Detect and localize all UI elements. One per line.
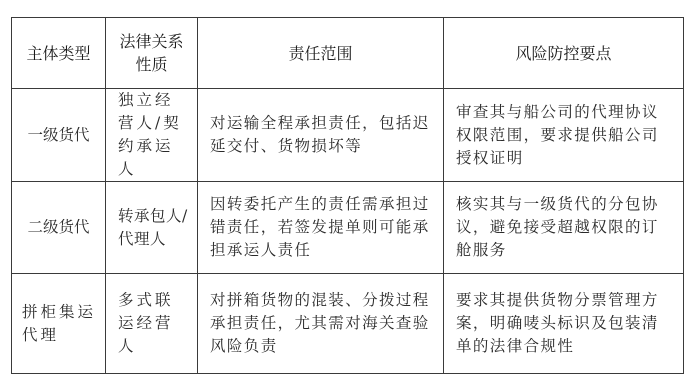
- header-legal-nature: 法律关系 性质: [106, 18, 198, 89]
- cell-liability-scope: 因转委托产生的责任需承担过错责任，若签发提单则可能承担承运人责任: [198, 182, 444, 274]
- header-legal-nature-line1: 法律关系: [106, 30, 197, 53]
- cell-risk-control: 审查其与船公司的代理协议权限范围，要求提供船公司授权证明: [444, 89, 684, 182]
- cell-liability-scope: 对拼箱货物的混装、分拨过程承担责任，尤其需对海关查验风险负责: [198, 274, 444, 374]
- freight-forwarder-liability-table: 主体类型 法律关系 性质 责任范围 风险防控要点 一级货代 独立经营人/契约承运…: [11, 17, 684, 374]
- cell-risk-control: 要求其提供货物分票管理方案，明确唛头标识及包装清单的法律合规性: [444, 274, 684, 374]
- header-risk-control: 风险防控要点: [444, 18, 684, 89]
- table-row: 一级货代 独立经营人/契约承运人 对运输全程承担责任，包括迟延交付、货物损坏等 …: [12, 89, 684, 182]
- header-entity-type: 主体类型: [12, 18, 106, 89]
- cell-entity-type: 一级货代: [12, 89, 106, 182]
- cell-entity-type: 拼柜集运代理: [12, 274, 106, 374]
- header-liability-scope: 责任范围: [198, 18, 444, 89]
- cell-legal-nature: 转承包人/代理人: [106, 182, 198, 274]
- table-row: 二级货代 转承包人/代理人 因转委托产生的责任需承担过错责任，若签发提单则可能承…: [12, 182, 684, 274]
- cell-liability-scope: 对运输全程承担责任，包括迟延交付、货物损坏等: [198, 89, 444, 182]
- table-row: 拼柜集运代理 多式联运经营人 对拼箱货物的混装、分拨过程承担责任，尤其需对海关查…: [12, 274, 684, 374]
- cell-legal-nature: 独立经营人/契约承运人: [106, 89, 198, 182]
- cell-risk-control: 核实其与一级货代的分包协议，避免接受超越权限的订舱服务: [444, 182, 684, 274]
- cell-entity-type: 二级货代: [12, 182, 106, 274]
- cell-legal-nature: 多式联运经营人: [106, 274, 198, 374]
- header-row: 主体类型 法律关系 性质 责任范围 风险防控要点: [12, 18, 684, 89]
- header-legal-nature-line2: 性质: [106, 53, 197, 76]
